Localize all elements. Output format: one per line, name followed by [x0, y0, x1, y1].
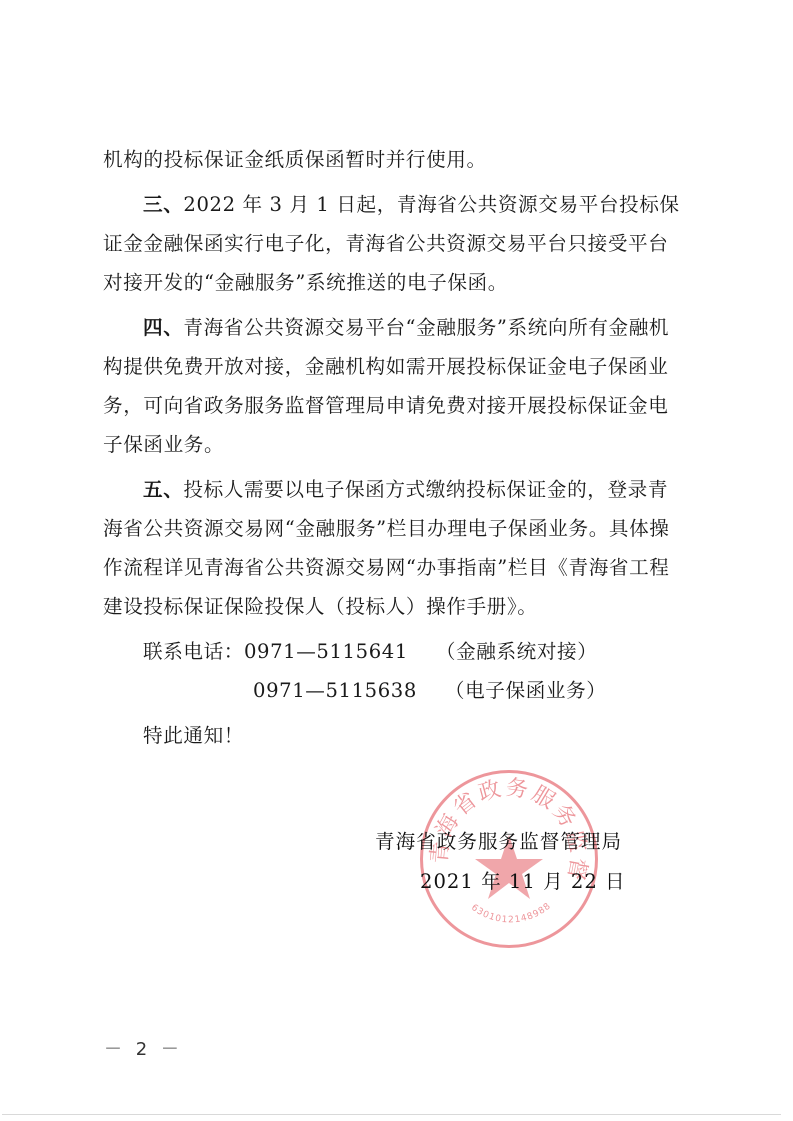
- issue-date: 2021 年 11 月 22 日: [420, 866, 626, 898]
- item-4-line-3: 务，可向省政务服务监督管理局申请免费对接开展投标保证金电: [103, 390, 703, 422]
- contact-phone-2: 0971—5115638: [253, 679, 417, 702]
- seal-star-icon: 青海省政务服务监督管理局 6301012148988: [423, 773, 595, 945]
- item-5-line-1: 五、投标人需要以电子保函方式缴纳投标保证金的，登录青: [143, 474, 743, 506]
- item-5-line-3: 作流程详见青海省公共资源交易网“办事指南”栏目《青海省工程: [103, 552, 703, 584]
- contact-line-1: 联系电话：0971—5115641（金融系统对接）: [143, 636, 743, 668]
- contact-desc-2: （电子保函业务）: [445, 679, 607, 702]
- official-seal-stamp: 青海省政务服务监督管理局 6301012148988: [420, 770, 598, 948]
- item-4-text: 青海省公共资源交易平台“金融服务”系统向所有金融机: [183, 316, 669, 339]
- item-5-text: 投标人需要以电子保函方式缴纳投标保证金的，登录青: [183, 478, 668, 501]
- contact-line-2: 0971—5115638（电子保函业务）: [253, 675, 793, 707]
- item-4-line-2: 构提供免费开放对接，金融机构如需开展投标保证金电子保函业: [103, 351, 703, 383]
- contact-phone-1: 0971—5115641: [244, 640, 408, 663]
- paragraph-continuation: 机构的投标保证金纸质保函暂时并行使用。: [103, 144, 703, 176]
- contact-label: 联系电话：: [143, 640, 244, 663]
- item-3-line-1: 三、2022 年 3 月 1 日起，青海省公共资源交易平台投标保: [143, 189, 743, 221]
- closing-text: 特此通知！: [143, 720, 743, 752]
- item-3-number: 三、: [143, 193, 183, 216]
- item-5-number: 五、: [143, 478, 183, 501]
- item-4-number: 四、: [143, 316, 183, 339]
- item-3-line-3: 对接开发的“金融服务”系统推送的电子保函。: [103, 267, 703, 299]
- seal-code: 6301012148988: [469, 901, 553, 925]
- page-bottom-edge: [2, 1114, 781, 1115]
- issuing-organization: 青海省政务服务监督管理局: [375, 826, 622, 858]
- item-5-line-4: 建设投标保证保险投保人（投标人）操作手册》。: [103, 591, 703, 623]
- item-4-line-1: 四、青海省公共资源交易平台“金融服务”系统向所有金融机: [143, 312, 743, 344]
- item-3-line-2: 证金金融保函实行电子化，青海省公共资源交易平台只接受平台: [103, 228, 703, 260]
- item-4-line-4: 子保函业务。: [103, 429, 703, 461]
- item-3-text: 2022 年 3 月 1 日起，青海省公共资源交易平台投标保: [183, 193, 679, 216]
- item-5-line-2: 海省公共资源交易网“金融服务”栏目办理电子保函业务。具体操: [103, 513, 703, 545]
- page-number: － 2 －: [104, 1035, 183, 1061]
- contact-desc-1: （金融系统对接）: [436, 640, 598, 663]
- svg-text:6301012148988: 6301012148988: [469, 901, 553, 925]
